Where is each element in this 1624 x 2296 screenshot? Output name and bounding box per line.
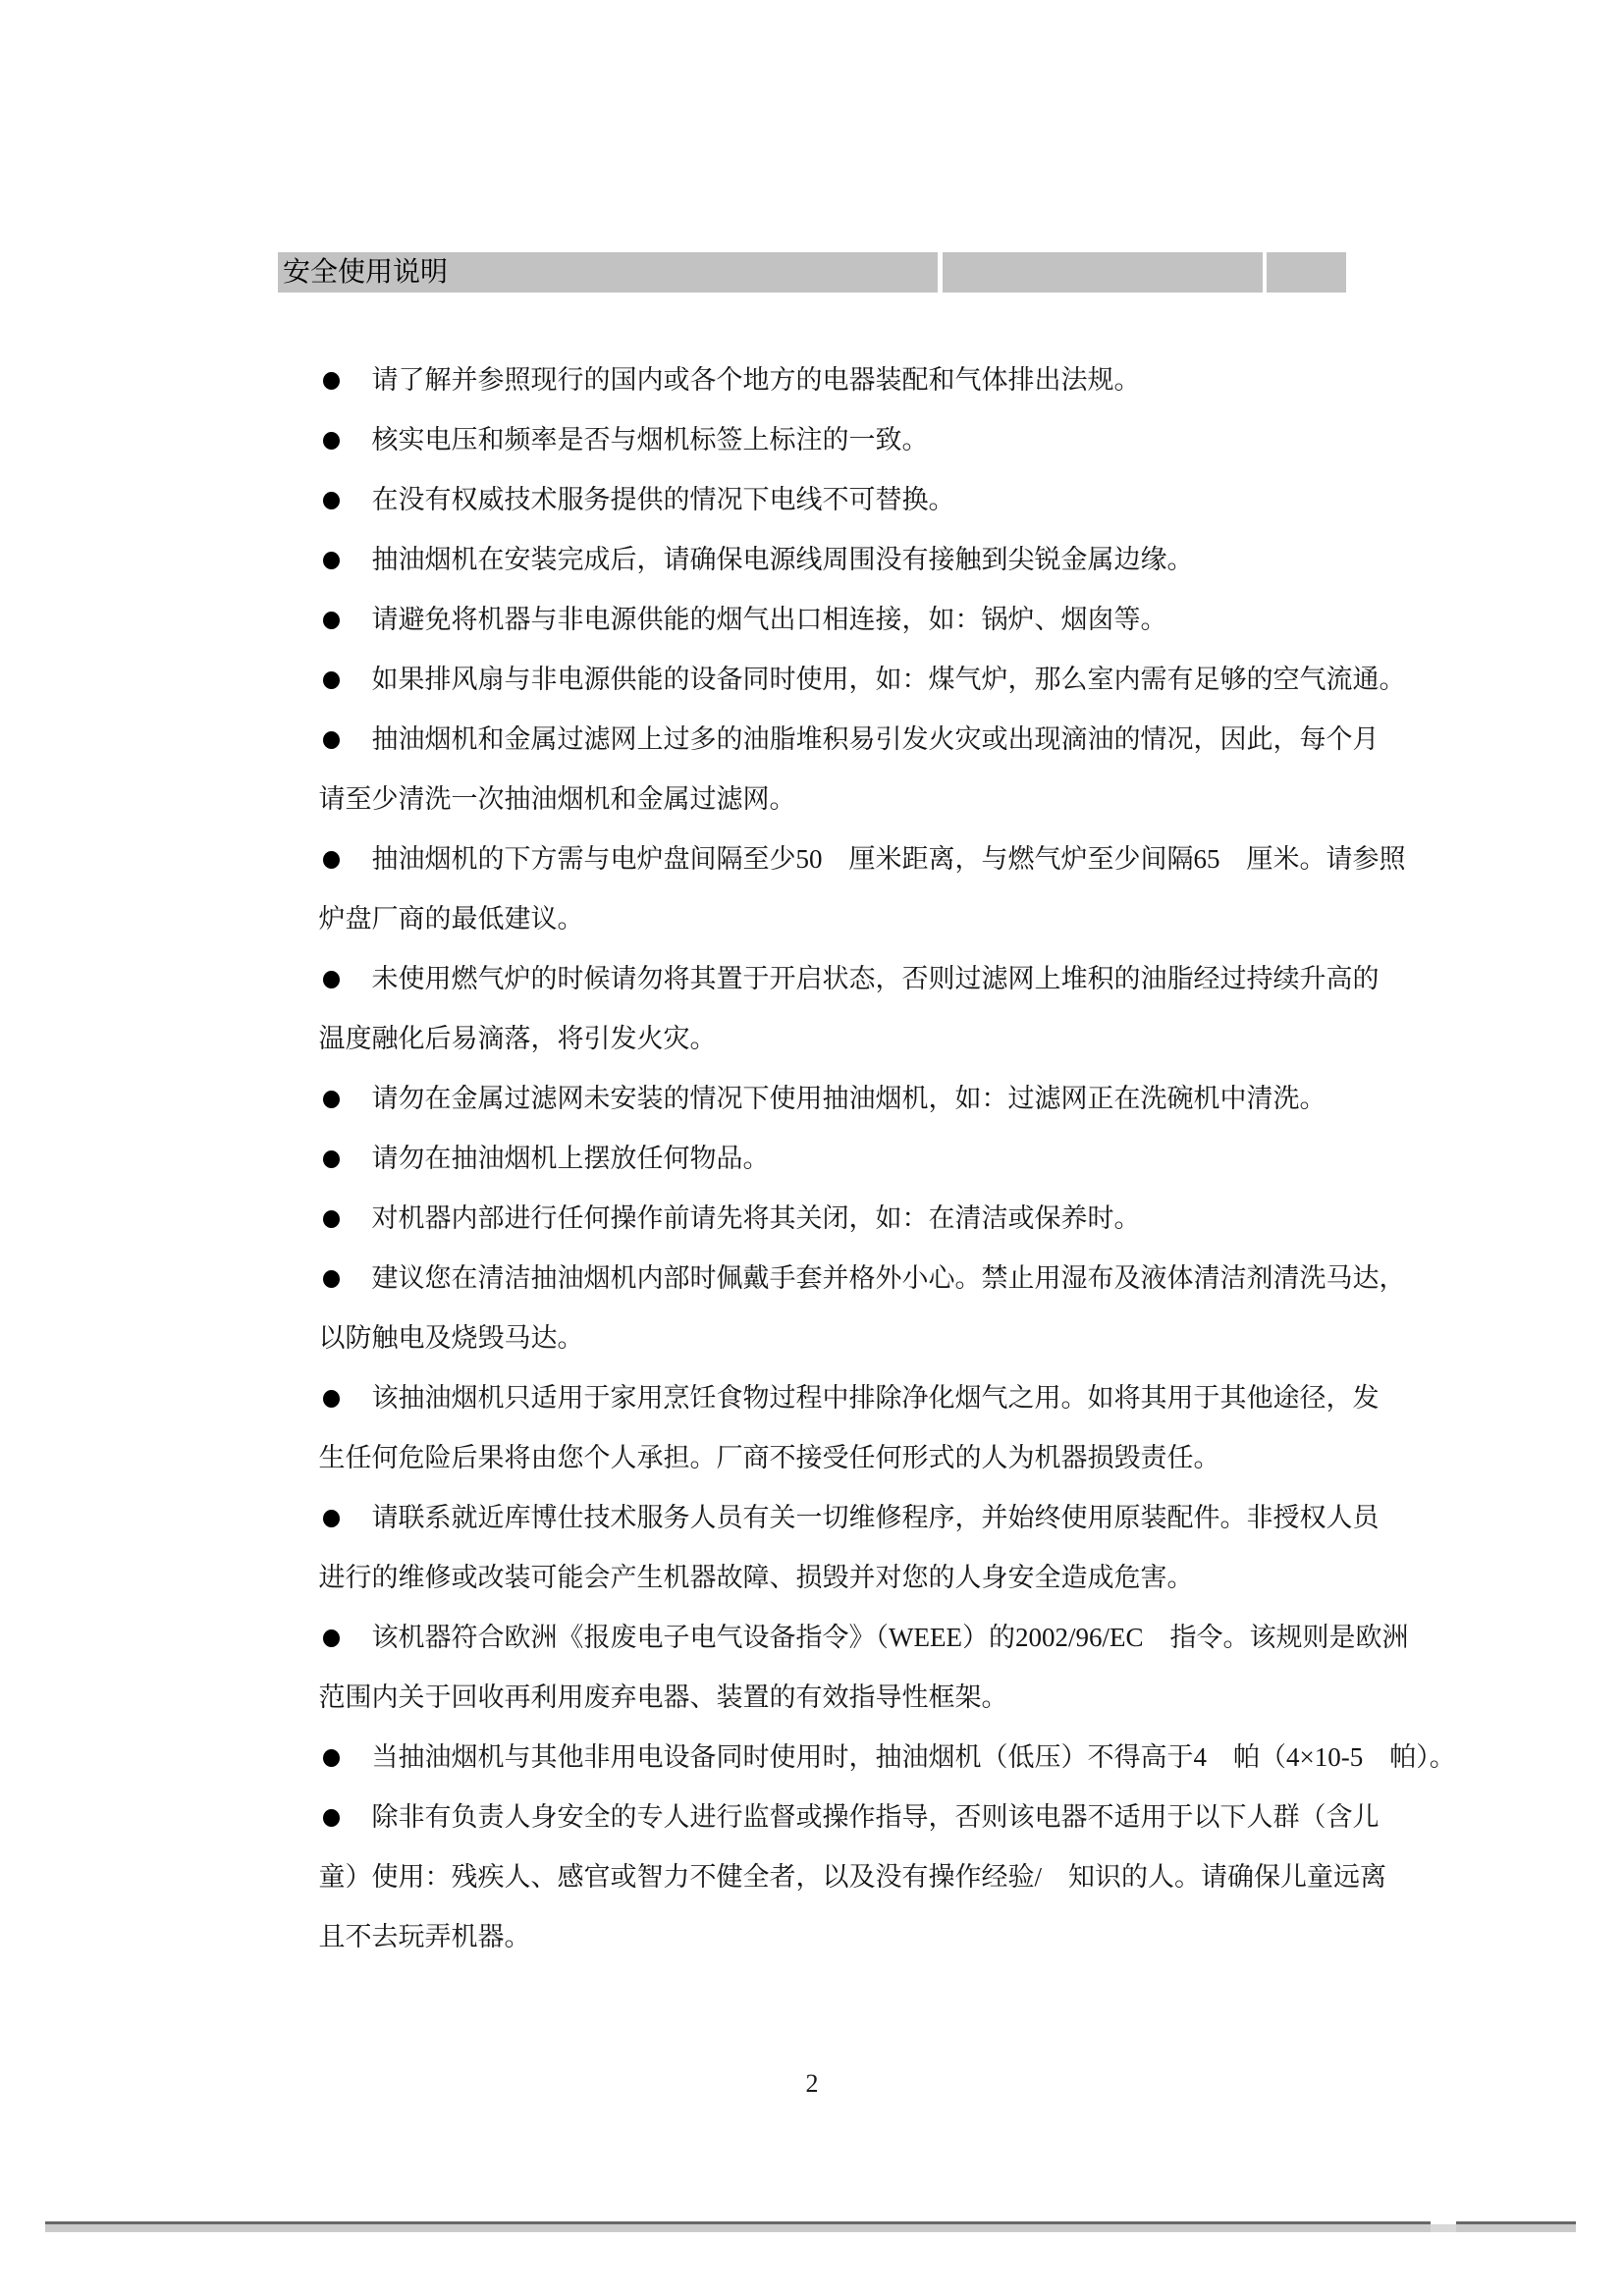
list-item-text: 请至少清洗一次抽油烟机和金属过滤网。 — [319, 784, 796, 814]
list-item-text: 范围内关于回收再利用废弃电器、装置的有效指导性框架。 — [319, 1682, 1008, 1712]
section-title: 安全使用说明 — [278, 252, 938, 293]
section-header-cell-right — [1267, 252, 1346, 293]
list-item-text: 核实电压和频率是否与烟机标签上标注的一致。 — [372, 425, 929, 454]
footer-rule-gap — [1431, 2224, 1456, 2232]
list-item-text: 如果排风扇与非电源供能的设备同时使用，如：煤气炉，那么室内需有足够的空气流通。 — [372, 665, 1406, 694]
bullet-icon — [323, 671, 340, 689]
list-item-line: 请了解并参照现行的国内或各个地方的电器装配和气体排出法规。 — [279, 291, 1467, 350]
list-item-text: 请避免将机器与非电源供能的烟气出口相连接，如：锅炉、烟囱等。 — [372, 605, 1167, 634]
bullet-icon — [323, 1091, 340, 1108]
list-item-text: 童）使用：残疾人、感官或智力不健全者，以及没有操作经验/ 知识的人。请确保儿童远… — [319, 1862, 1387, 1892]
list-item-text: 以防触电及烧毁马达。 — [319, 1323, 584, 1353]
list-item-text: 请勿在金属过滤网未安装的情况下使用抽油烟机，如：过滤网正在洗碗机中清洗。 — [372, 1084, 1326, 1113]
bullet-icon — [323, 492, 340, 509]
footer-rule-right — [1456, 2221, 1576, 2232]
page-number: 2 — [0, 2067, 1624, 2101]
bullet-icon — [323, 372, 340, 390]
bullet-icon — [323, 1629, 340, 1647]
bullet-box — [319, 590, 372, 650]
bullet-box — [319, 1488, 372, 1548]
bullet-icon — [323, 1150, 340, 1168]
list-item-text: 炉盘厂商的最低建议。 — [319, 904, 584, 934]
list-item-text: 该抽油烟机只适用于家用烹饪食物过程中排除净化烟气之用。如将其用于其他途径，发 — [372, 1383, 1380, 1413]
list-item-text: 请勿在抽油烟机上摆放任何物品。 — [372, 1144, 770, 1173]
bullet-box — [319, 650, 372, 710]
list-item-text: 该机器符合欧洲《报废电子电气设备指令》（WEEE）的2002/96/EC 指令。… — [372, 1623, 1409, 1652]
bullet-box — [319, 1069, 372, 1129]
bullet-icon — [323, 612, 340, 629]
bullet-icon — [323, 851, 340, 869]
list-item-text: 抽油烟机和金属过滤网上过多的油脂堆积易引发火灾或出现滴油的情况，因此，每个月 — [372, 724, 1380, 754]
list-item-text: 在没有权威技术服务提供的情况下电线不可替换。 — [372, 485, 955, 514]
bullet-box — [319, 1728, 372, 1788]
bullet-box — [319, 1788, 372, 1847]
bullet-icon — [323, 1809, 340, 1827]
bullet-icon — [323, 1270, 340, 1288]
bullet-icon — [323, 1210, 340, 1228]
section-header-cell-title: 安全使用说明 — [278, 252, 938, 293]
list-item-text: 建议您在清洁抽油烟机内部时佩戴手套并格外小心。禁止用湿布及液体清洁剂清洗马达， — [372, 1263, 1406, 1293]
list-item-text: 除非有负责人身安全的专人进行监督或操作指导，否则该电器不适用于以下人群（含儿 — [372, 1802, 1380, 1832]
bullet-box — [319, 949, 372, 1009]
list-item-text: 对机器内部进行任何操作前请先将其关闭，如：在清洁或保养时。 — [372, 1203, 1141, 1233]
bullet-box — [319, 1368, 372, 1428]
list-item-text: 请联系就近库博仕技术服务人员有关一切维修程序，并始终使用原装配件。非授权人员 — [372, 1503, 1380, 1532]
bullet-box — [319, 470, 372, 530]
list-item-text: 当抽油烟机与其他非用电设备同时使用时，抽油烟机（低压）不得高于4 帕（4×10-… — [372, 1742, 1456, 1772]
bullet-icon — [323, 1510, 340, 1527]
bullet-icon — [323, 731, 340, 749]
bullet-box — [319, 410, 372, 470]
bullet-box — [319, 350, 372, 410]
list-item-text: 进行的维修或改装可能会产生机器故障、损毁并对您的人身安全造成危害。 — [319, 1563, 1194, 1592]
manual-page: 安全使用说明 请了解并参照现行的国内或各个地方的电器装配和气体排出法规。 核实电… — [0, 0, 1624, 2296]
bullet-icon — [323, 1749, 340, 1767]
list-item-text: 生任何危险后果将由您个人承担。厂商不接受任何形式的人为机器损毁责任。 — [319, 1443, 1220, 1472]
list-item-text: 未使用燃气炉的时候请勿将其置于开启状态，否则过滤网上堆积的油脂经过持续升高的 — [372, 964, 1380, 993]
bullet-icon — [323, 1390, 340, 1408]
bullet-box — [319, 530, 372, 590]
bullet-box — [319, 1608, 372, 1668]
list-item-text: 温度融化后易滴落，将引发火灾。 — [319, 1024, 717, 1053]
safety-list: 请了解并参照现行的国内或各个地方的电器装配和气体排出法规。 核实电压和频率是否与… — [279, 291, 1467, 1907]
bullet-box — [319, 829, 372, 889]
bullet-box — [319, 1129, 372, 1189]
bullet-icon — [323, 432, 340, 450]
bullet-icon — [323, 971, 340, 988]
bullet-box — [319, 1249, 372, 1308]
list-item-text: 请了解并参照现行的国内或各个地方的电器装配和气体排出法规。 — [372, 365, 1141, 395]
list-item-text: 抽油烟机在安装完成后，请确保电源线周围没有接触到尖锐金属边缘。 — [372, 545, 1194, 574]
bullet-box — [319, 710, 372, 770]
list-item-text: 且不去玩弄机器。 — [319, 1922, 531, 1951]
bullet-box — [319, 1189, 372, 1249]
section-header-cell-middle — [943, 252, 1263, 293]
footer-rule-left — [45, 2221, 1431, 2232]
list-item-text: 抽油烟机的下方需与电炉盘间隔至少50 厘米距离，与燃气炉至少间隔65 厘米。请参… — [372, 844, 1406, 874]
bullet-icon — [323, 552, 340, 569]
